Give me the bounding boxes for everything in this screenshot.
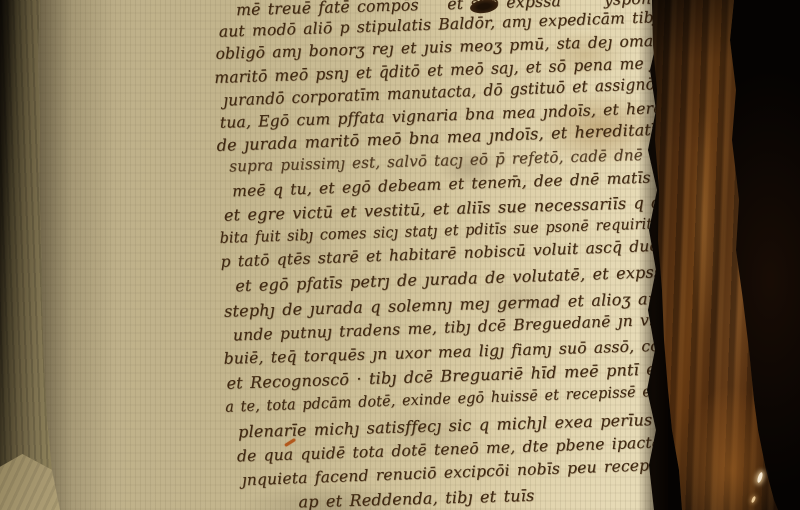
handwritten-text-block: mē treuē fatē compōs et sub expssā yspon… — [212, 0, 680, 506]
manuscript-page: mē treuē fatē compōs et sub expssā yspon… — [0, 0, 668, 510]
manuscript-photo: mē treuē fatē compōs et sub expssā yspon… — [0, 0, 800, 510]
text-line: ap et Reddenda, tibȷ et tuīs — [298, 486, 535, 510]
